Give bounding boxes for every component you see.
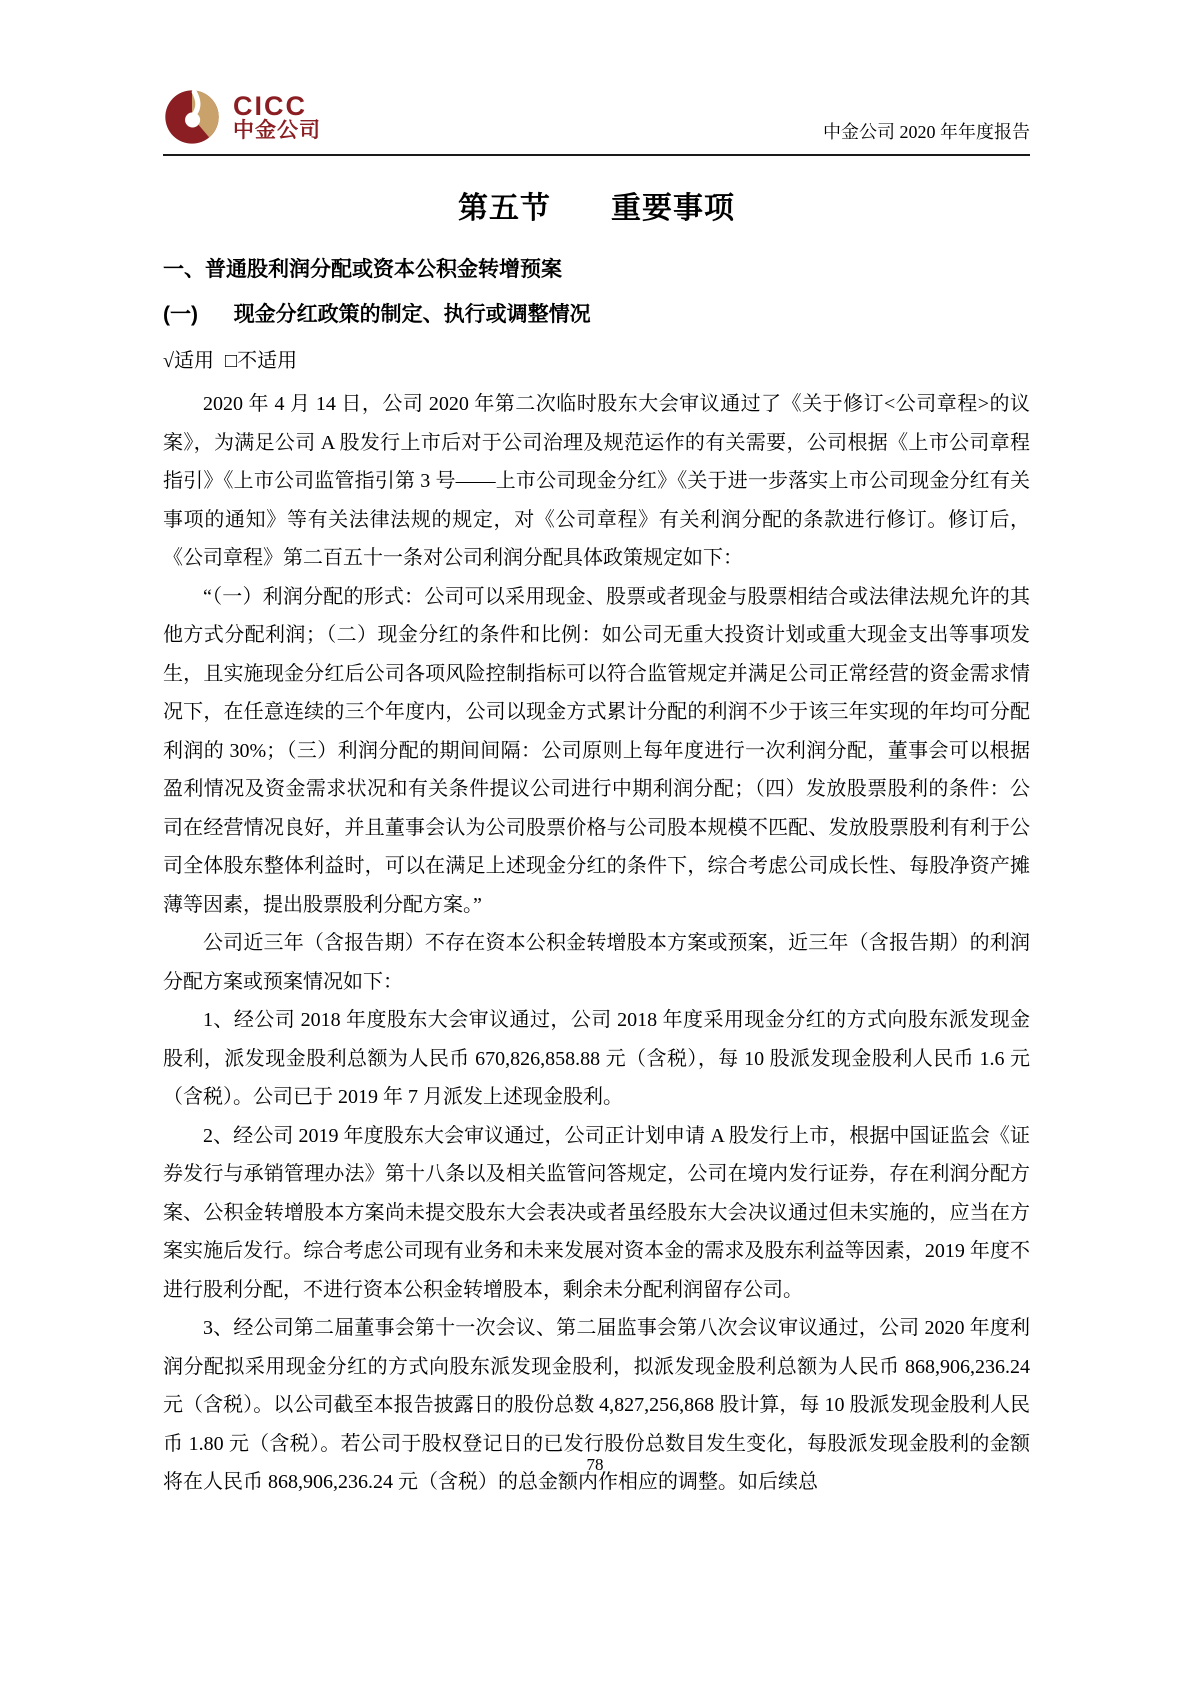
report-title: 中金公司 2020 年年度报告 xyxy=(823,118,1030,146)
logo-name: 中金公司 xyxy=(233,120,321,141)
logo-abbr: CICC xyxy=(233,93,321,121)
cicc-logo: CICC 中金公司 xyxy=(163,88,321,146)
applicability-line: √适用□不适用 xyxy=(163,344,1030,373)
not-applicable-option: □不适用 xyxy=(225,350,297,372)
paragraph-2018-dividend: 1、经公司 2018 年度股东大会审议通过，公司 2018 年度采用现金分红的方… xyxy=(163,1001,1030,1117)
section-name: 重要事项 xyxy=(611,192,735,225)
paragraph-three-years-intro: 公司近三年（含报告期）不存在资本公积金转增股本方案或预案，近三年（含报告期）的利… xyxy=(163,924,1030,1001)
section-number: 第五节 xyxy=(458,192,551,225)
heading-number: (一) xyxy=(163,303,198,326)
applicable-label: 适用 xyxy=(174,350,214,372)
heading-cash-dividend-policy: (一)现金分红政策的制定、执行或调整情况 xyxy=(163,298,1030,328)
heading-dividend-plan: 一、普通股利润分配或资本公积金转增预案 xyxy=(163,253,1030,283)
report-page: CICC 中金公司 中金公司 2020 年年度报告 第五节重要事项 一、普通股利… xyxy=(0,0,1190,1683)
page-number: 78 xyxy=(587,1455,604,1474)
paragraph-amendment: 2020 年 4 月 14 日，公司 2020 年第二次临时股东大会审议通过了《… xyxy=(163,385,1030,578)
header-rule xyxy=(163,154,1030,156)
page-header: CICC 中金公司 中金公司 2020 年年度报告 xyxy=(163,84,1030,146)
heading-text: 现金分红政策的制定、执行或调整情况 xyxy=(234,303,591,326)
not-applicable-label: 不适用 xyxy=(237,350,297,372)
paragraph-2019-dividend: 2、经公司 2019 年度股东大会审议通过，公司正计划申请 A 股发行上市，根据… xyxy=(163,1117,1030,1310)
section-title: 第五节重要事项 xyxy=(163,183,1030,227)
paragraph-policy-quote: “（一）利润分配的形式：公司可以采用现金、股票或者现金与股票相结合或法律法规允许… xyxy=(163,578,1030,925)
applicable-option: √适用 xyxy=(163,350,214,372)
cicc-logo-icon xyxy=(163,88,221,146)
logo-wordmark: CICC 中金公司 xyxy=(233,93,321,142)
checkbox-icon: □ xyxy=(225,350,237,372)
page-footer: 78 xyxy=(0,1455,1190,1475)
check-icon: √ xyxy=(163,350,174,372)
body-text: 2020 年 4 月 14 日，公司 2020 年第二次临时股东大会审议通过了《… xyxy=(163,385,1030,1502)
